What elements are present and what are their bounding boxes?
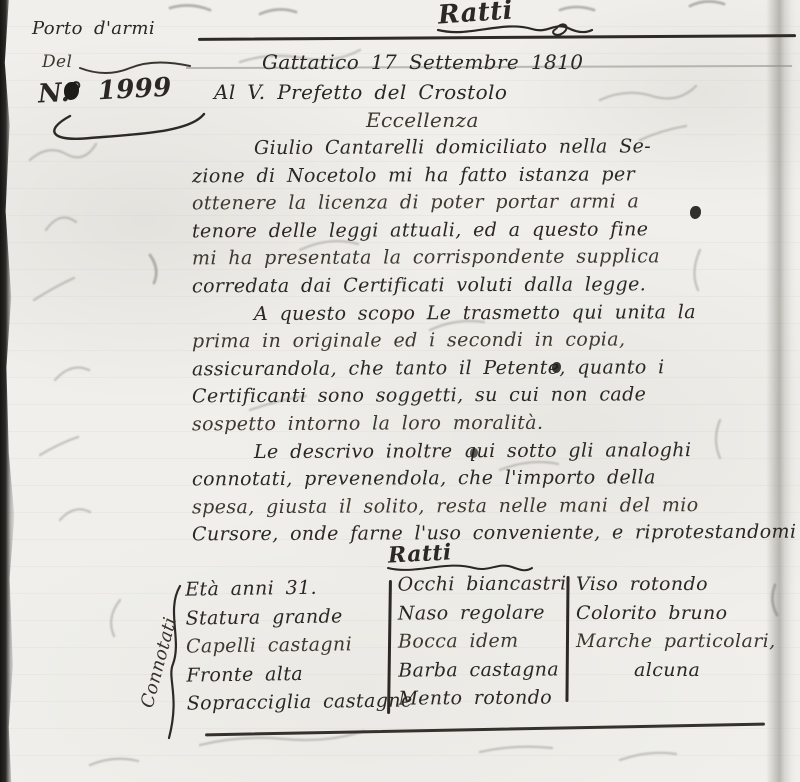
body-line: Certificanti sono soggetti, su cui non c… [192,381,798,411]
connotati-item: Statura grande [185,601,411,633]
place-date-line: Gattatico 17 Settembre 1810 [262,50,583,74]
body-line: assicurandola, che tanto il Petente, qua… [192,353,798,383]
body-line: Le descrivo inoltre qui sotto gli analog… [192,436,798,466]
connotati-item: Sopracciglia castagne [187,687,413,719]
connotati-item: Bocca idem [398,627,567,657]
connotati-column-1: Età anni 31. Statura grande Capelli cast… [185,572,413,718]
body-line: Giulio Cantarelli domiciliato nella Se- [192,133,798,163]
margin-category-label: Porto d'armi [32,18,155,39]
addressee-line: Al V. Prefetto del Crostolo [214,80,507,104]
salutation-line: Eccellenza [366,108,479,132]
connotati-item: Capelli castagni [186,630,412,662]
number-flourish [40,112,210,146]
connotati-item: Viso rotondo [576,570,776,599]
top-signature-flourish [436,20,596,40]
margin-del-label: Del [42,52,72,72]
body-line: sospetto intorno la loro moralità. [192,409,798,439]
connotati-item: Mento rotondo [398,684,567,714]
body-line: mi ha presentata la corrispondente suppl… [192,243,798,273]
letter-body: Giulio Cantarelli domiciliato nella Se- … [192,134,798,548]
body-line: A questo scopo Le trasmetto qui unita la [192,298,798,328]
body-line: spesa, giusta il solito, resta nelle man… [192,491,798,521]
connotati-brace [164,584,188,744]
connotati-item: Naso regolare [398,598,567,628]
scanned-document-page: Porto d'armi Del N.° 1999 Ratti Gattatic… [0,0,800,782]
body-line: ottenere la licenza di poter portar armi… [192,188,798,218]
connotati-column-3: Viso rotondo Colorito bruno Marche parti… [576,570,776,684]
connotati-item: alcuna [576,656,776,685]
connotati-item: Colorito bruno [576,599,776,628]
connotati-item: Marche particolari, [576,627,776,656]
body-line: tenore delle leggi attuali, ed a questo … [192,215,798,245]
connotati-item: Barba castagna [398,655,567,685]
body-line: zione di Nocetolo mi ha fatto istanza pe… [192,160,798,190]
body-line: connotati, prevenendola, che l'importo d… [192,464,798,494]
body-line: Cursore, onde farne l'uso conveniente, e… [192,519,798,549]
connotati-item: Fronte alta [186,658,412,690]
body-line: corredata dai Certificati voluti dalla l… [192,271,798,301]
connotati-item: Occhi biancastri [398,569,567,599]
connotati-item: Età anni 31. [185,572,411,604]
body-line: prima in originale ed i secondi in copia… [192,326,798,356]
connotati-column-2: Occhi biancastri Naso regolare Bocca ide… [398,569,568,713]
del-flourish [78,56,198,76]
